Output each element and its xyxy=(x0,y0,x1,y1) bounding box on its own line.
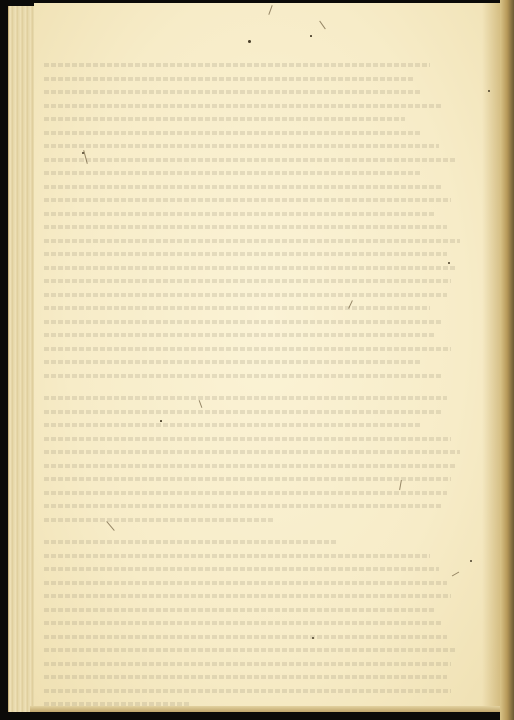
text-line xyxy=(44,239,464,250)
text-line xyxy=(44,594,464,605)
text-line xyxy=(44,77,464,88)
paper-speck xyxy=(160,420,162,422)
page-gutter-shadow xyxy=(482,3,500,708)
text-line xyxy=(44,662,464,673)
text-line xyxy=(44,306,464,317)
text-line xyxy=(44,567,464,578)
paragraph xyxy=(44,396,464,528)
text-line xyxy=(44,144,464,155)
text-line xyxy=(44,689,464,700)
text-line xyxy=(44,450,464,461)
text-line xyxy=(44,648,464,659)
text-line xyxy=(44,581,464,592)
text-line xyxy=(44,266,464,277)
text-line xyxy=(44,437,464,448)
text-line xyxy=(44,158,464,169)
text-line xyxy=(44,212,464,223)
text-line xyxy=(44,374,464,385)
text-line xyxy=(44,104,464,115)
text-line xyxy=(44,554,464,565)
paper-speck xyxy=(312,637,314,639)
book-scan xyxy=(0,0,514,720)
text-line xyxy=(44,293,464,304)
text-line xyxy=(44,702,464,713)
paper-speck xyxy=(310,35,312,37)
text-line xyxy=(44,225,464,236)
text-line xyxy=(44,171,464,182)
text-line xyxy=(44,63,464,74)
text-line xyxy=(44,117,464,128)
text-line xyxy=(44,464,464,475)
text-line xyxy=(44,608,464,619)
bleed-through-text xyxy=(44,60,464,720)
text-line xyxy=(44,347,464,358)
paper-speck xyxy=(470,560,472,562)
text-line xyxy=(44,675,464,686)
text-line xyxy=(44,423,464,434)
text-line xyxy=(44,333,464,344)
text-line xyxy=(44,635,464,646)
text-line xyxy=(44,252,464,263)
paper-speck xyxy=(448,262,450,264)
text-line xyxy=(44,320,464,331)
text-line xyxy=(44,360,464,371)
paragraph xyxy=(44,63,464,384)
text-line xyxy=(44,198,464,209)
text-line xyxy=(44,396,464,407)
text-line xyxy=(44,504,464,515)
text-line xyxy=(44,410,464,421)
text-line xyxy=(44,131,464,142)
paper-speck xyxy=(488,90,490,92)
text-line xyxy=(44,279,464,290)
paper-speck xyxy=(248,40,251,43)
text-line xyxy=(44,540,464,551)
text-line xyxy=(44,185,464,196)
text-line xyxy=(44,491,464,502)
text-line xyxy=(44,90,464,101)
text-line xyxy=(44,621,464,632)
book-spine xyxy=(500,0,514,720)
paragraph xyxy=(44,540,464,713)
